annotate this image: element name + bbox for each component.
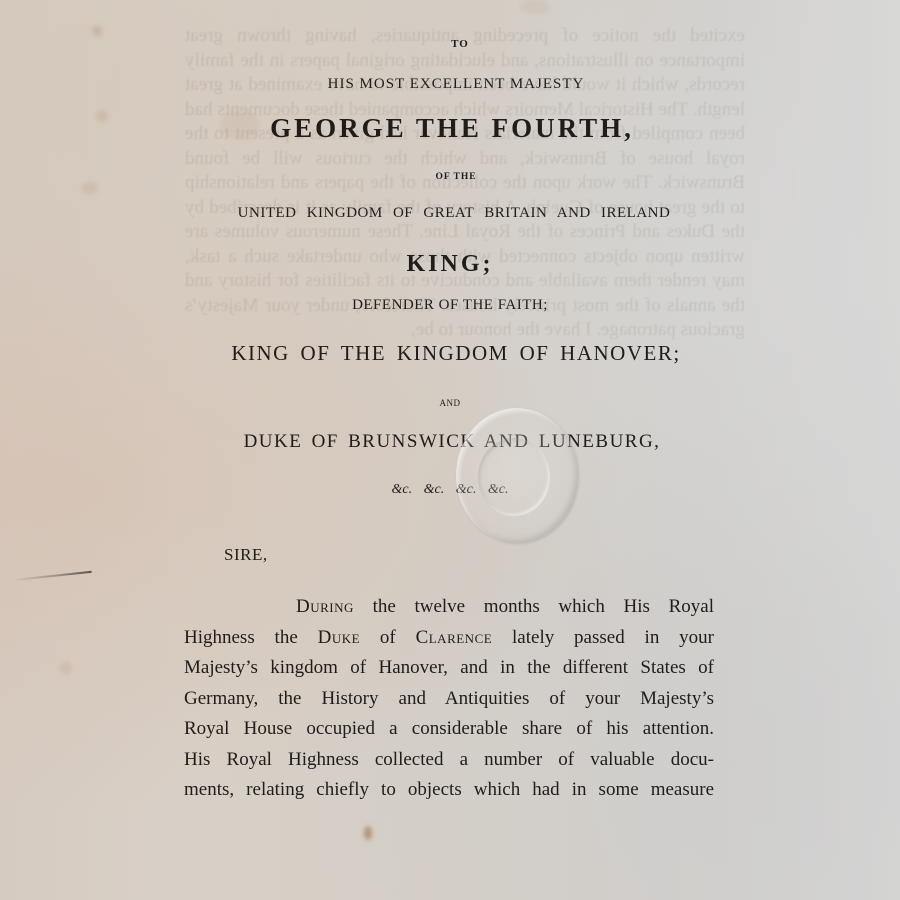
body-line: Highness the Duke of Clarence lately pas… bbox=[184, 623, 714, 654]
bleed-through-text: excited the notice of preceding antiquar… bbox=[185, 24, 745, 343]
body-line: Majesty’s kingdom of Hanover, and in the… bbox=[184, 653, 714, 684]
body-line: ments, relating chiefly to objects which… bbox=[184, 775, 714, 806]
pencil-mark bbox=[12, 571, 92, 581]
salutation: SIRE, bbox=[224, 545, 268, 565]
foxing-spot bbox=[82, 182, 98, 194]
dedication-defender: DEFENDER OF THE FAITH; bbox=[0, 297, 900, 314]
body-line: His Royal Highness collected a number of… bbox=[184, 745, 714, 776]
dedication-hanover: KING OF THE KINGDOM OF HANOVER; bbox=[6, 341, 900, 366]
embossed-seal-center bbox=[478, 438, 550, 516]
dedication-and: AND bbox=[0, 398, 900, 408]
foxing-spot bbox=[364, 826, 372, 840]
dedication-kingdom: UNITED KINGDOM OF GREAT BRITAIN AND IREL… bbox=[4, 205, 900, 222]
body-paragraph: During the twelve months which His Royal… bbox=[184, 592, 714, 806]
dedication-to: TO bbox=[10, 38, 900, 50]
dedication-his-majesty: HIS MOST EXCELLENT MAJESTY bbox=[6, 76, 900, 93]
dedication-king: KING; bbox=[0, 251, 900, 278]
dedication-etc: &c. &c. &c. &c. bbox=[0, 482, 900, 498]
body-line: Royal House occupied a considerable shar… bbox=[184, 714, 714, 745]
embossed-seal bbox=[456, 408, 578, 543]
body-line: During the twelve months which His Royal bbox=[184, 592, 714, 623]
dedication-of-the: OF THE bbox=[6, 172, 900, 182]
body-line: Germany, the History and Antiquities of … bbox=[184, 684, 714, 715]
foxing-spot bbox=[92, 26, 102, 36]
foxing-spot bbox=[60, 662, 72, 674]
dedication-duke: DUKE OF BRUNSWICK AND LUNEBURG, bbox=[2, 431, 900, 453]
book-page: excited the notice of preceding antiquar… bbox=[0, 0, 900, 900]
dedication-name: GEORGE THE FOURTH, bbox=[2, 113, 900, 144]
foxing-spot bbox=[520, 0, 550, 14]
